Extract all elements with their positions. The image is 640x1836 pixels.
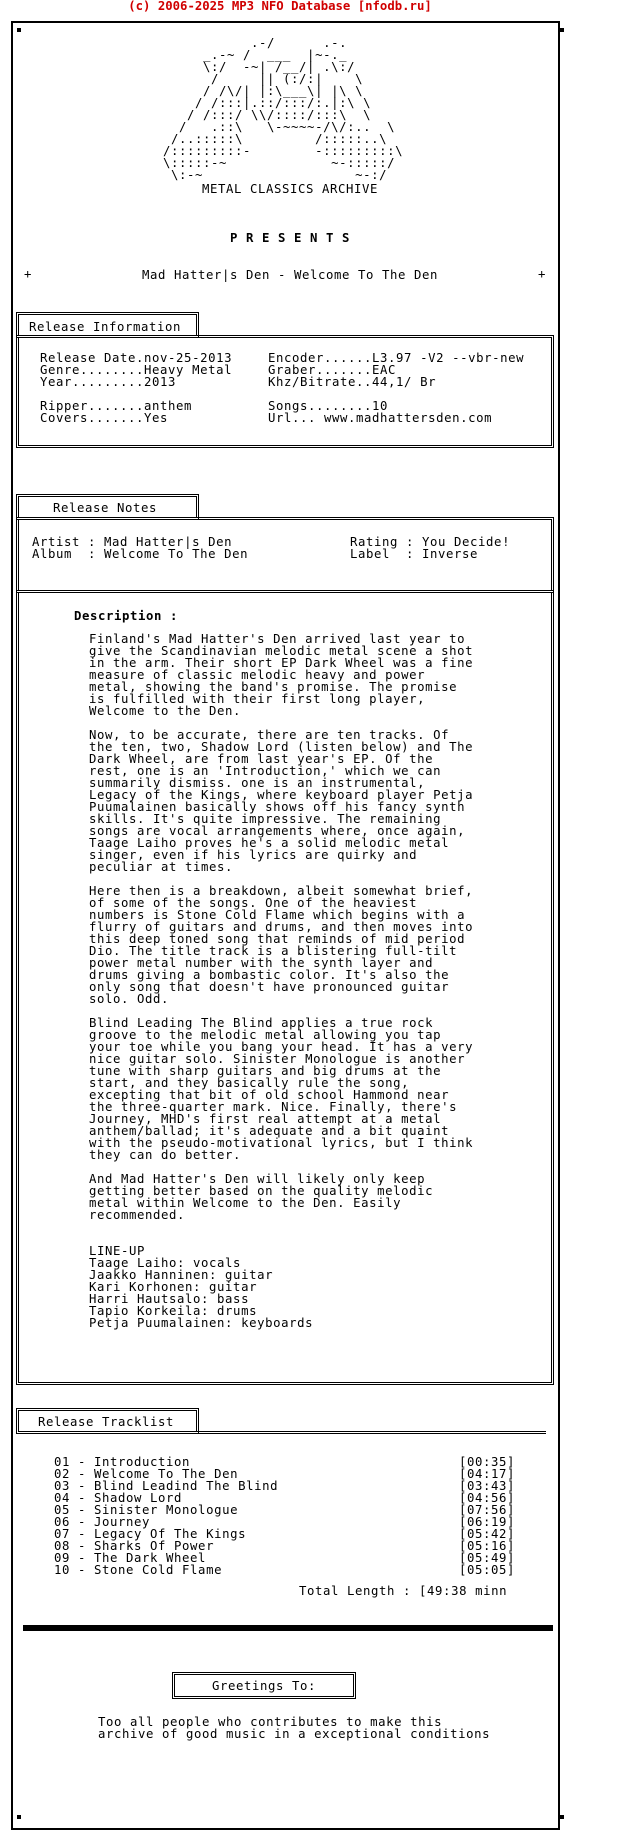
- description-line: recommended.: [89, 1209, 473, 1221]
- greetings-line: archive of good music in a exceptional c…: [98, 1728, 490, 1740]
- release-tracklist-tab: Release Tracklist: [16, 1408, 199, 1434]
- notes-line: Label : Inverse: [350, 548, 510, 560]
- release-title: Mad Hatter|s Den - Welcome To The Den: [0, 269, 580, 281]
- description-text: Finland's Mad Hatter's Den arrived last …: [89, 633, 473, 1329]
- greetings-text: Too all people who contributes to make t…: [98, 1716, 490, 1740]
- info-line: Covers.......Yes: [40, 412, 232, 424]
- presents-text: P R E S E N T S: [0, 232, 580, 244]
- description-line: Petja Puumalainen: keyboards: [89, 1317, 473, 1329]
- track-row: 10 - Stone Cold Flame[05:05]: [54, 1564, 506, 1576]
- release-notes-left: Artist : Mad Hatter|s DenAlbum : Welcome…: [32, 536, 248, 560]
- ascii-logo-line: \:-~ ~-:/: [163, 169, 403, 181]
- track-length: [05:05]: [459, 1564, 515, 1576]
- corner-marker: [17, 28, 21, 32]
- greetings-box: Greetings To:: [172, 1672, 356, 1699]
- archive-subtitle: METAL CLASSICS ARCHIVE: [0, 183, 580, 195]
- bullet-right: +: [538, 268, 546, 280]
- tracklist: 01 - Introduction[00:35]02 - Welcome To …: [54, 1456, 506, 1576]
- description-line: peculiar at times.: [89, 861, 473, 873]
- release-information-right: Encoder......L3.97 -V2 --vbr-newGraber..…: [268, 352, 524, 424]
- corner-marker: [17, 1815, 21, 1819]
- description-line: they can do better.: [89, 1149, 473, 1161]
- release-notes-right: Rating : You Decide!Label : Inverse: [350, 536, 510, 560]
- description-line: [89, 1221, 473, 1233]
- description-line: Welcome to the Den.: [89, 705, 473, 717]
- ascii-logo: .-/ .-. _.-~ / ___ |~-._ \:/ -~| /__/| .…: [163, 37, 403, 181]
- description-line: [89, 1233, 473, 1245]
- notes-line: Album : Welcome To The Den: [32, 548, 248, 560]
- info-line: Year.........2013: [40, 376, 232, 388]
- corner-marker: [560, 28, 564, 32]
- release-notes-heading: Release Notes: [53, 502, 157, 514]
- greetings-heading: Greetings To:: [175, 1680, 353, 1692]
- info-line: Url... www.madhattersden.com: [268, 412, 524, 424]
- release-tracklist-heading: Release Tracklist: [38, 1416, 174, 1428]
- description-label: Description :: [74, 610, 178, 622]
- info-line: Khz/Bitrate..44,1/ Br: [268, 376, 524, 388]
- tracklist-rule: [196, 1431, 546, 1434]
- release-information-left: Release Date.nov-25-2013Genre........Hea…: [40, 352, 232, 424]
- corner-marker: [560, 1815, 564, 1819]
- divider-bar: [23, 1625, 553, 1631]
- track-title: 10 - Stone Cold Flame: [54, 1563, 222, 1577]
- total-length: Total Length : [49:38 minn: [299, 1585, 507, 1597]
- release-information-heading: Release Information: [29, 321, 181, 333]
- copyright-notice: (c) 2006-2025 MP3 NFO Database [nfodb.ru…: [0, 0, 560, 12]
- description-line: solo. Odd.: [89, 993, 473, 1005]
